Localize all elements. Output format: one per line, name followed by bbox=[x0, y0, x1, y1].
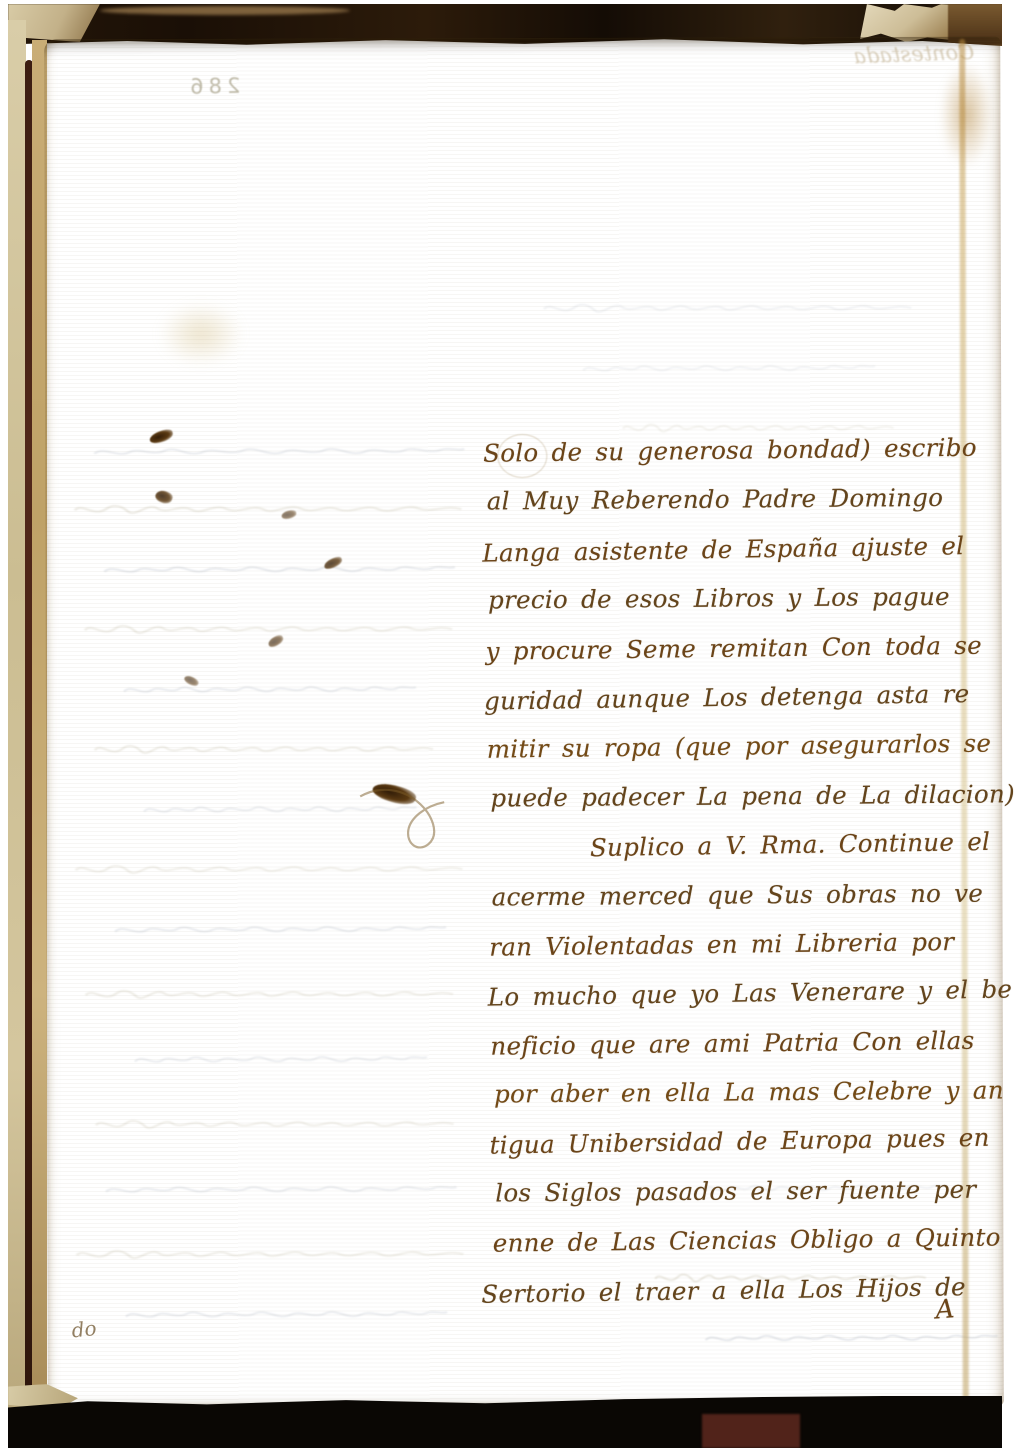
bleedthrough-ghost-line bbox=[579, 359, 879, 378]
ink-blot bbox=[148, 428, 174, 445]
letter-line: tigua Unibersidad de Europa pues en bbox=[489, 1123, 1024, 1181]
page: 286 Contestada bbox=[44, 37, 1004, 1409]
folio-stamp-bleedthrough: 286 bbox=[130, 74, 240, 100]
bleedthrough-ghost-line bbox=[122, 1305, 452, 1324]
bleedthrough-ghost-line bbox=[81, 985, 461, 1004]
paper-stain bbox=[141, 289, 261, 379]
bleedthrough-ghost-line bbox=[71, 1245, 471, 1264]
bleedthrough-ghost-line bbox=[90, 740, 440, 759]
letter-text: Solo de su generosa bondad) escribo al M… bbox=[483, 432, 1024, 1328]
ink-blot bbox=[267, 634, 285, 649]
letter-line: y procure Seme remitan Con toda se bbox=[485, 630, 1024, 686]
leaf-edge-fragment bbox=[100, 6, 350, 15]
letter-line: mitir su ropa (que por asegurarlos se bbox=[487, 728, 1024, 784]
bleedthrough-ghost-line bbox=[70, 860, 470, 879]
letter-line: Suplico a V. Rma. Continue el bbox=[590, 826, 1024, 882]
letter-line: Solo de su generosa bondad) escribo bbox=[483, 432, 1024, 488]
letter-line: los Siglos pasados el ser fuente per bbox=[495, 1174, 1024, 1228]
left-leaf-edge-cream bbox=[8, 20, 26, 1412]
bleedthrough-ghost-line bbox=[702, 1329, 1002, 1348]
catchword: A bbox=[934, 1294, 955, 1325]
ink-blot bbox=[281, 509, 297, 520]
bleedthrough-ghost-line bbox=[120, 680, 420, 699]
letter-line: por aber en ella La mas Celebre y an bbox=[494, 1075, 1024, 1129]
manuscript-scan: 286 Contestada bbox=[0, 0, 1024, 1448]
letter-line: neficio que are ami Patria Con ellas bbox=[490, 1025, 1024, 1081]
letter-line: acerme merced que Sus obras no ve bbox=[492, 878, 1024, 932]
bleedthrough-ghost-line bbox=[111, 920, 451, 939]
letter-line: ran Violentadas en mi Libreria por bbox=[489, 926, 1024, 982]
bleedthrough-ghost-line bbox=[80, 620, 460, 639]
letter-line: enne de Las Ciencias Obligo a Quinto bbox=[493, 1222, 1024, 1278]
ink-blot bbox=[183, 674, 200, 688]
ink-blot-loop bbox=[346, 776, 466, 860]
letter-line: puede padecer La pena de La dilacion) bbox=[490, 779, 1024, 833]
letter-line: guridad aunque Los detenga asta re bbox=[484, 678, 1024, 736]
bleedthrough-ghost-line bbox=[69, 500, 469, 519]
binding-patch bbox=[702, 1414, 800, 1448]
bleedthrough-ghost-line bbox=[539, 299, 919, 318]
book-gutter-bottom bbox=[8, 1396, 1002, 1448]
fold-stain bbox=[928, 55, 1004, 205]
bleedthrough-ghost-line bbox=[100, 560, 460, 579]
ink-blot bbox=[154, 488, 174, 505]
bleedthrough-ghost-line bbox=[89, 442, 469, 461]
bleedthrough-ghost-line bbox=[131, 1050, 431, 1069]
letter-line: precio de esos Libros y Los pague bbox=[488, 581, 1024, 635]
bleedthrough-ghost-line bbox=[101, 1180, 461, 1199]
letter-line: Langa asistente de España ajuste el bbox=[482, 530, 1023, 588]
letter-line: al Muy Reberendo Padre Domingo bbox=[487, 483, 1024, 537]
bleedthrough-ghost-line bbox=[91, 1115, 461, 1134]
ink-blot bbox=[323, 555, 344, 570]
margin-note: do bbox=[70, 1316, 97, 1343]
letter-line: Lo mucho que yo Las Venerare y el be bbox=[488, 974, 1024, 1032]
